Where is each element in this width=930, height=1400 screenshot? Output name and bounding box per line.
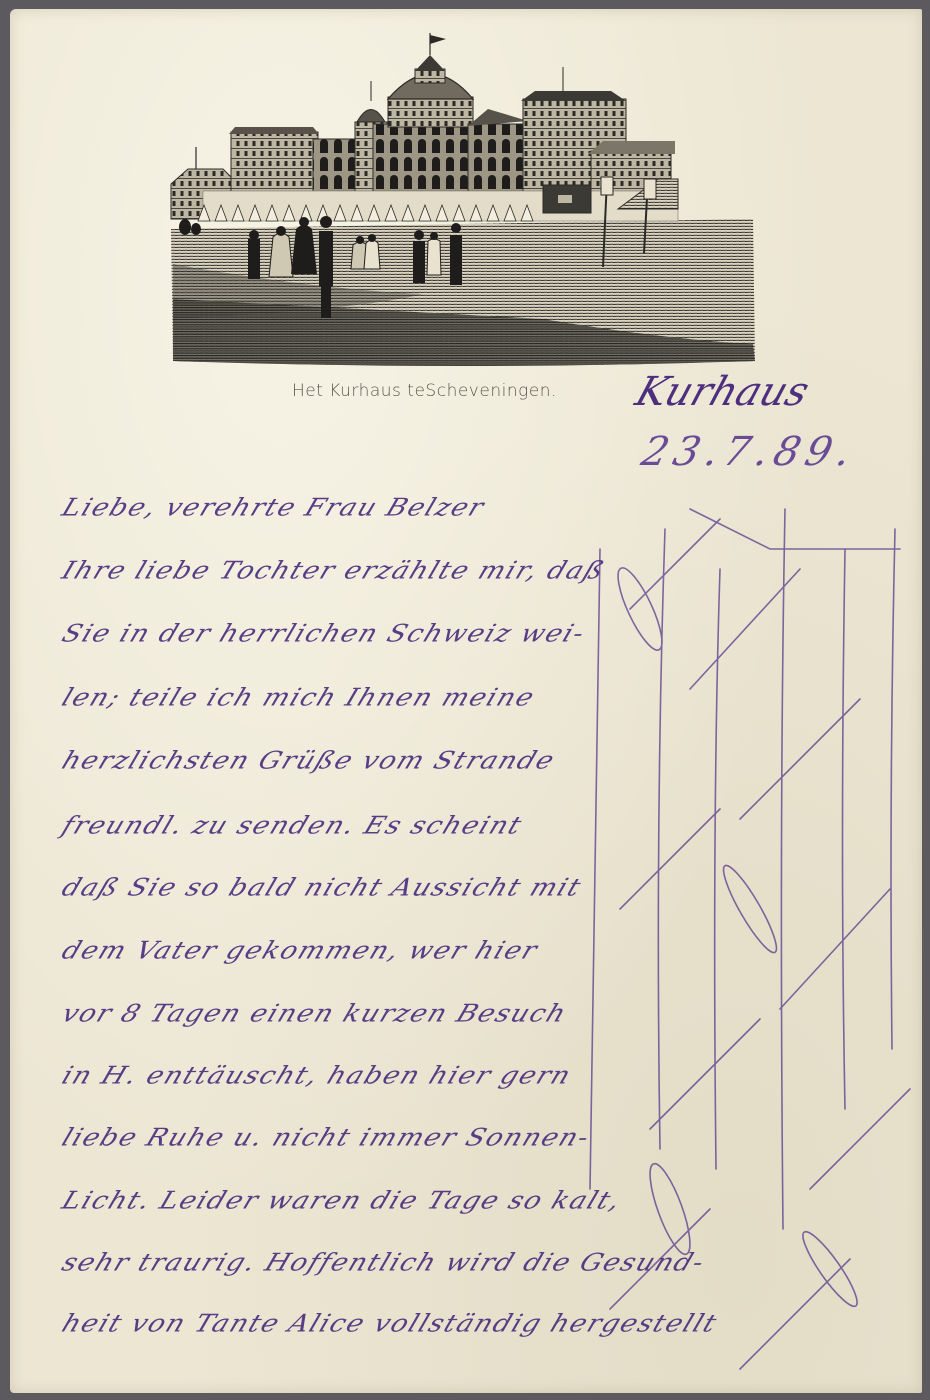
letter-line: heit von Tante Alice vollständig hergest… <box>58 1310 721 1338</box>
letter-line: Sie in der herrlichen Schweiz wei- <box>58 620 590 648</box>
letter-line: Licht. Leider waren die Tage so kalt, <box>58 1187 626 1215</box>
letter-line: daß Sie so bald nicht Aussicht mit <box>58 874 586 902</box>
letter-line: len; teile ich mich Ihnen meine <box>58 684 539 712</box>
postcard: Het Kurhaus teScheveningen. Kurhaus 23.7… <box>10 9 922 1393</box>
letter-line: Ihre liebe Tochter erzählte mir, daß <box>58 557 609 585</box>
letter-line: freundl. zu senden. Es scheint <box>58 812 527 840</box>
letter-line: sehr traurig. Hoffentlich wird die Gesun… <box>58 1249 709 1277</box>
letter-line: in H. enttäuscht, haben hier gern <box>58 1062 576 1090</box>
handwritten-date: 23.7.89. <box>637 429 862 475</box>
kurhaus-engraving-illustration <box>163 9 763 369</box>
letter-line: herzlichsten Grüße vom Strande <box>58 747 559 775</box>
letter-line: vor 8 Tagen einen kurzen Besuch <box>58 1000 571 1028</box>
handwritten-place: Kurhaus <box>630 369 815 415</box>
letter-line: liebe Ruhe u. nicht immer Sonnen- <box>58 1124 594 1152</box>
letter-line: dem Vater gekommen, wer hier <box>58 937 542 965</box>
engraving-caption: Het Kurhaus teScheveningen. <box>292 381 557 401</box>
letter-line: Liebe, verehrte Frau Belzer <box>58 494 489 522</box>
